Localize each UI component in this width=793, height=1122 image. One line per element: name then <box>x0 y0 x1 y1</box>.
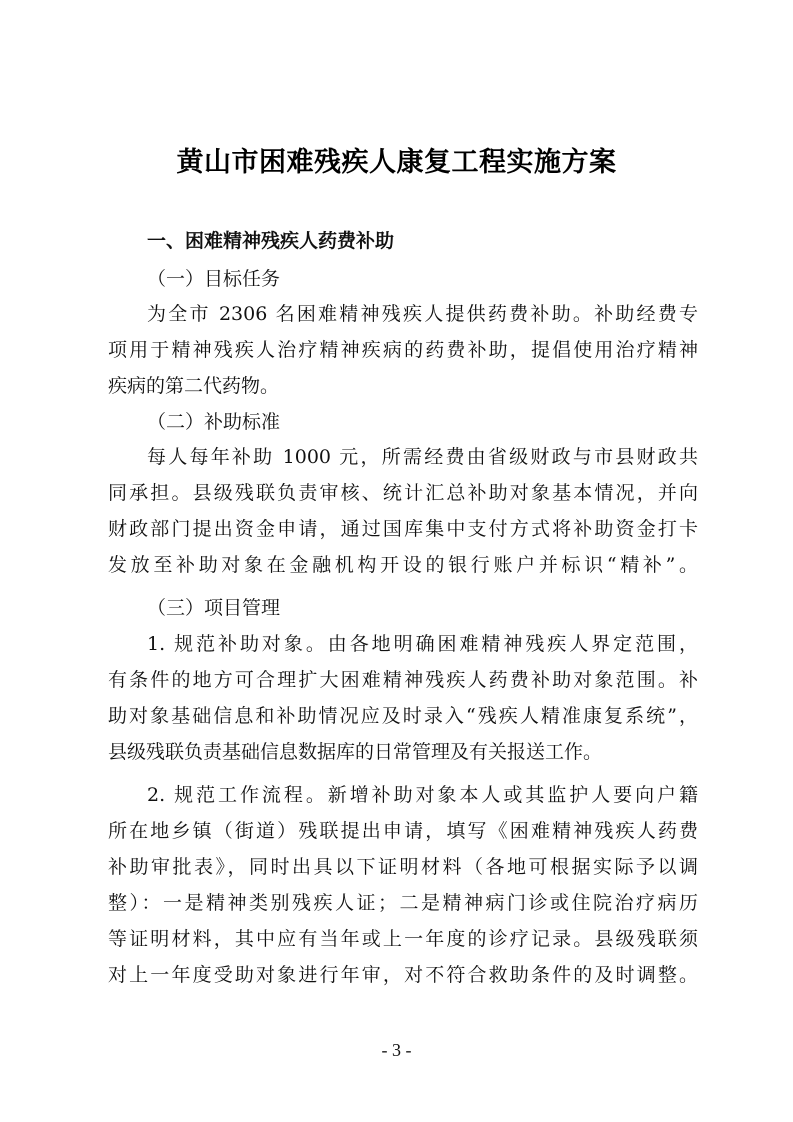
paragraph-line: 县级残联负责基础信息数据库的日常管理及有关报送工作。 <box>108 741 698 763</box>
section-heading: 一、困难精神残疾人药费补助 <box>147 230 737 252</box>
paragraph-line: 助对象基础信息和补助情况应及时录入“残疾人精准康复系统”， <box>108 705 698 727</box>
paragraph-line: 有条件的地方可合理扩大困难精神残疾人药费补助对象范围。补 <box>108 669 698 691</box>
paragraph-line: 疾病的第二代药物。 <box>108 375 698 397</box>
paragraph-line: 财政部门提出资金申请，通过国库集中支付方式将补助资金打卡 <box>108 518 698 540</box>
paragraph-line: 等证明材料，其中应有当年或上一年度的诊疗记录。县级残联须 <box>108 928 698 950</box>
document-title: 黄山市困难残疾人康复工程实施方案 <box>0 140 793 179</box>
paragraph-line: 每人每年补助 1000 元，所需经费由省级财政与市县财政共 <box>147 446 698 468</box>
paragraph-line: 所在地乡镇（街道）残联提出申请，填写《困难精神残疾人药费 <box>108 820 698 842</box>
subsection-heading: （一）目标任务 <box>147 268 737 290</box>
document-page: 黄山市困难残疾人康复工程实施方案 一、困难精神残疾人药费补助 （一）目标任务 为… <box>0 0 793 1122</box>
paragraph-line: 同承担。县级残联负责审核、统计汇总补助对象基本情况，并向 <box>108 482 698 504</box>
paragraph-line: 补助审批表》，同时出具以下证明材料（各地可根据实际予以调 <box>108 856 698 878</box>
paragraph-line: 对上一年度受助对象进行年审，对不符合救助条件的及时调整。 <box>108 964 698 986</box>
paragraph-line: 1. 规范补助对象。由各地明确困难精神残疾人界定范围， <box>147 633 698 655</box>
paragraph-line: 发放至补助对象在金融机构开设的银行账户并标识“精补”。 <box>108 554 698 576</box>
subsection-heading: （三）项目管理 <box>147 597 737 619</box>
paragraph-line: 整）：一是精神类别残疾人证；二是精神病门诊或住院治疗病历 <box>108 892 698 914</box>
paragraph-line: 为全市 2306 名困难精神残疾人提供药费补助。补助经费专 <box>147 303 698 325</box>
subsection-heading: （二）补助标准 <box>147 411 737 433</box>
paragraph-line: 2. 规范工作流程。新增补助对象本人或其监护人要向户籍 <box>147 784 698 806</box>
page-number: - 3 - <box>0 1040 793 1061</box>
paragraph-line: 项用于精神残疾人治疗精神疾病的药费补助，提倡使用治疗精神 <box>108 339 698 361</box>
